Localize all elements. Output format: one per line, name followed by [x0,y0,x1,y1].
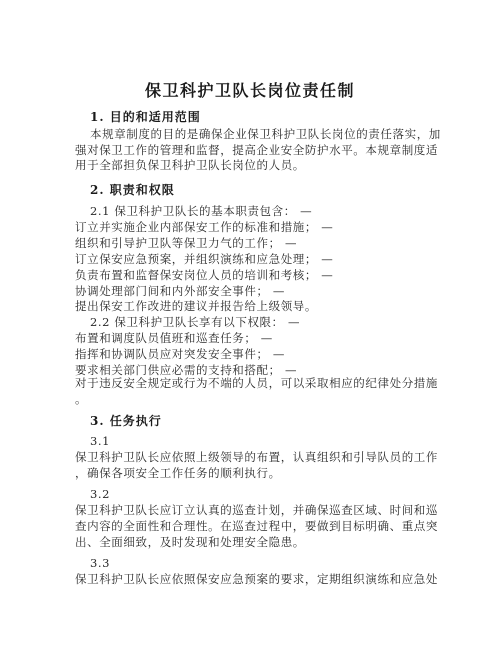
list-line: 组织和引导护卫队等保卫力气的工作； — [75,236,297,250]
list-line: 订立保安应急预案，并组织演练和应急处理； — [75,252,333,266]
paragraph-line: 查内容的全面性和合理性。在巡查过程中，要做到目标明确、重点突 [75,519,438,533]
list-line: 要求相关部门供应必需的支持和搭配； — [75,363,297,377]
section-heading-1: 1. 目的和适用范围 [90,108,201,125]
item-number: 3.2 [90,487,110,501]
list-line: 提出保安工作改进的建议并报告给上级领导。 [75,299,317,313]
document-page: 保卫科护卫队长岗位责任制 1. 目的和适用范围 本规章制度的目的是确保企业保卫科… [0,0,500,647]
list-line: 对于违反安全规定或行为不端的人员，可以采取相应的纪律处分措施 [75,376,438,390]
item-number: 3.1 [90,434,110,448]
list-line: 指挥和协调队员应对突发安全事件； — [75,347,285,361]
paragraph-line: 强对保卫工作的管理和监督，提高企业安全防护水平。本规章制度适 [75,143,438,157]
paragraph-line: 用于全部担负保卫科护卫队长岗位的人员。 [75,158,305,172]
paragraph-line: 保卫科护卫队长应依照上级领导的布置，认真组织和引导队员的工作 [75,450,438,464]
item-number: 3.3 [90,556,110,570]
list-line: 协调处理部门间和内外部安全事件； — [75,284,285,298]
paragraph-line: 保卫科护卫队长应订立认真的巡查计划，并确保巡查区域、时间和巡 [75,503,438,517]
section-heading-2: 2. 职责和权限 [90,181,175,198]
section-heading-3: 3. 任务执行 [90,412,162,429]
list-line: 。 [75,392,87,406]
list-line: 订立并实施企业内部保安工作的标准和措施； — [75,220,333,234]
paragraph-line: 保卫科护卫队长应依照保安应急预案的要求，定期组织演练和应急处 [75,572,438,586]
paragraph-line: 出、全面细致，及时发现和处理安全隐患。 [75,535,305,549]
subsection-title: 2.1 保卫科护卫队长的基本职责包含： — [90,204,312,218]
paragraph-line: ，确保各项安全工作任务的顺利执行。 [75,466,281,480]
document-title: 保卫科护卫队长岗位责任制 [0,78,500,101]
paragraph-line: 本规章制度的目的是确保企业保卫科护卫队长岗位的责任落实，加 [90,127,441,141]
list-line: 布置和调度队员值班和巡查任务； — [75,331,273,345]
subsection-title: 2.2 保卫科护卫队长享有以下权限： — [90,315,300,329]
list-line: 负责布置和监督保安岗位人员的培训和考核； — [75,268,333,282]
